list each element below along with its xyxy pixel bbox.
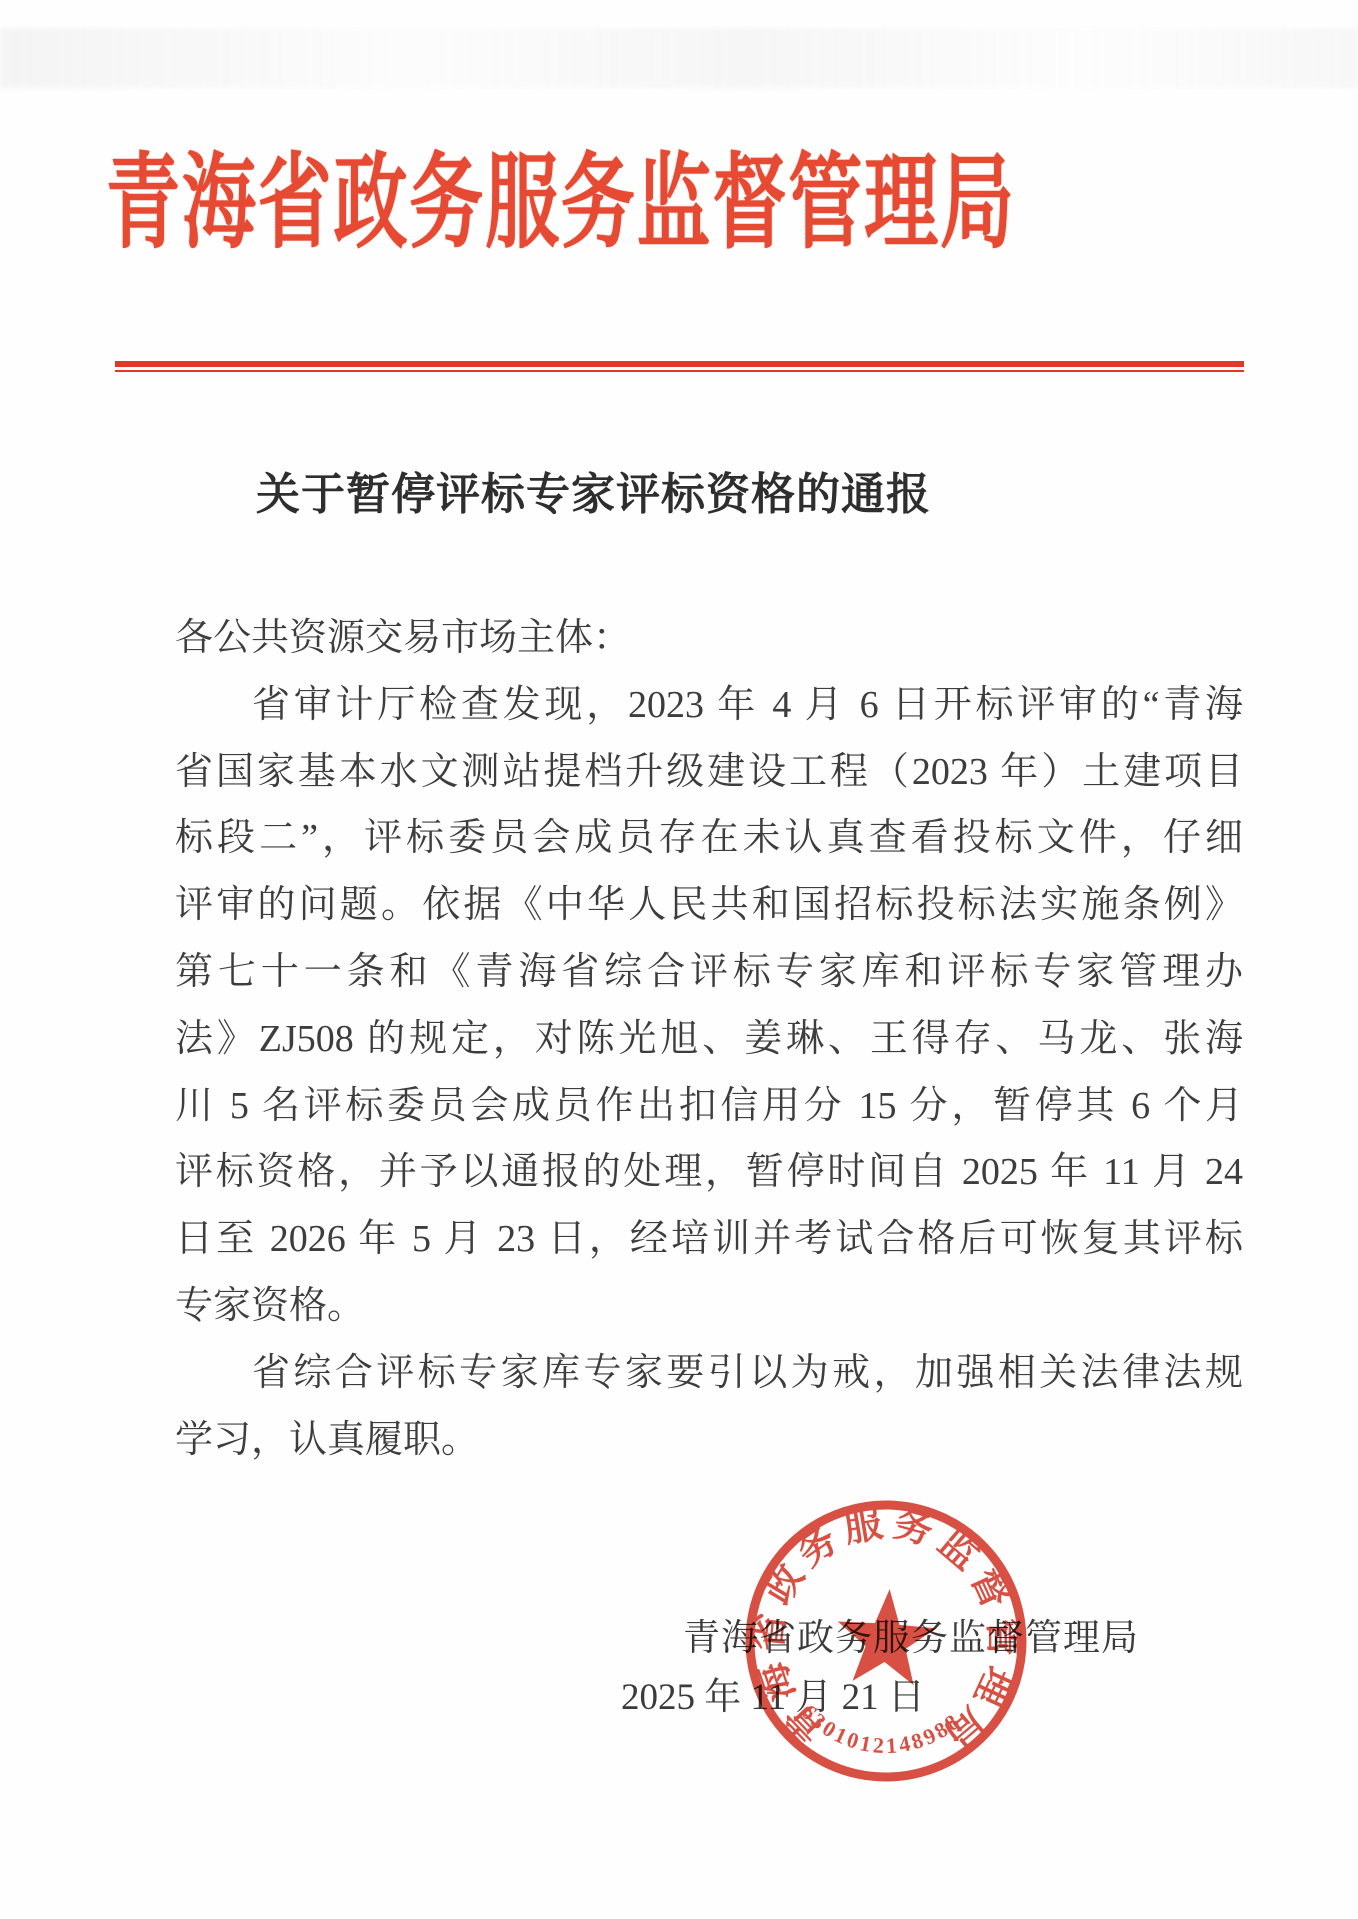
body-line: 学习，认真履职。 bbox=[175, 1407, 1243, 1474]
document-title: 关于暂停评标专家评标资格的通报 bbox=[256, 458, 931, 522]
body-line: 标段二”，评标委员会成员存在未认真查看投标文件，仔细 bbox=[175, 805, 1243, 872]
scan-artifact bbox=[0, 28, 1358, 88]
body-line: 评标资格，并予以通报的处理，暂停时间自 2025 年 11 月 24 bbox=[175, 1139, 1243, 1206]
body-lines: 各公共资源交易市场主体：省审计厅检查发现，2023 年 4 月 6 日开标评审的… bbox=[175, 605, 1243, 1473]
seal-star-icon bbox=[834, 1586, 939, 1687]
body-line: 川 5 名评标委员会成员作出扣信用分 15 分，暂停其 6 个月 bbox=[175, 1073, 1243, 1140]
body-line: 各公共资源交易市场主体： bbox=[175, 605, 1243, 672]
body-line: 第七十一条和《青海省综合评标专家库和评标专家管理办 bbox=[175, 939, 1243, 1006]
body-line: 专家资格。 bbox=[175, 1273, 1243, 1340]
body-line: 省国家基本水文测站提档升级建设工程（2023 年）土建项目 bbox=[175, 739, 1243, 806]
official-seal: 青海省政务服务监督管理局 6301012148988 bbox=[726, 1481, 1046, 1801]
svg-text:6301012148988: 6301012148988 bbox=[794, 1697, 967, 1764]
seal-serial-number: 6301012148988 bbox=[794, 1697, 967, 1764]
body-line: 省审计厅检查发现，2023 年 4 月 6 日开标评审的“青海 bbox=[175, 672, 1243, 739]
body-line: 日至 2026 年 5 月 23 日，经培训并考试合格后可恢复其评标 bbox=[175, 1206, 1243, 1273]
body-line: 法》ZJ508 的规定，对陈光旭、姜琳、王得存、马龙、张海 bbox=[175, 1006, 1243, 1073]
body-line: 评审的问题。依据《中华人民共和国招标投标法实施条例》 bbox=[175, 872, 1243, 939]
letterhead-divider-rule bbox=[115, 361, 1244, 372]
body-line: 省综合评标专家库专家要引以为戒，加强相关法律法规 bbox=[175, 1340, 1243, 1407]
document-page: 青海省政务服务监督管理局 关于暂停评标专家评标资格的通报 各公共资源交易市场主体… bbox=[0, 0, 1358, 1919]
letterhead-agency-name: 青海省政务服务监督管理局 bbox=[106, 150, 1014, 259]
